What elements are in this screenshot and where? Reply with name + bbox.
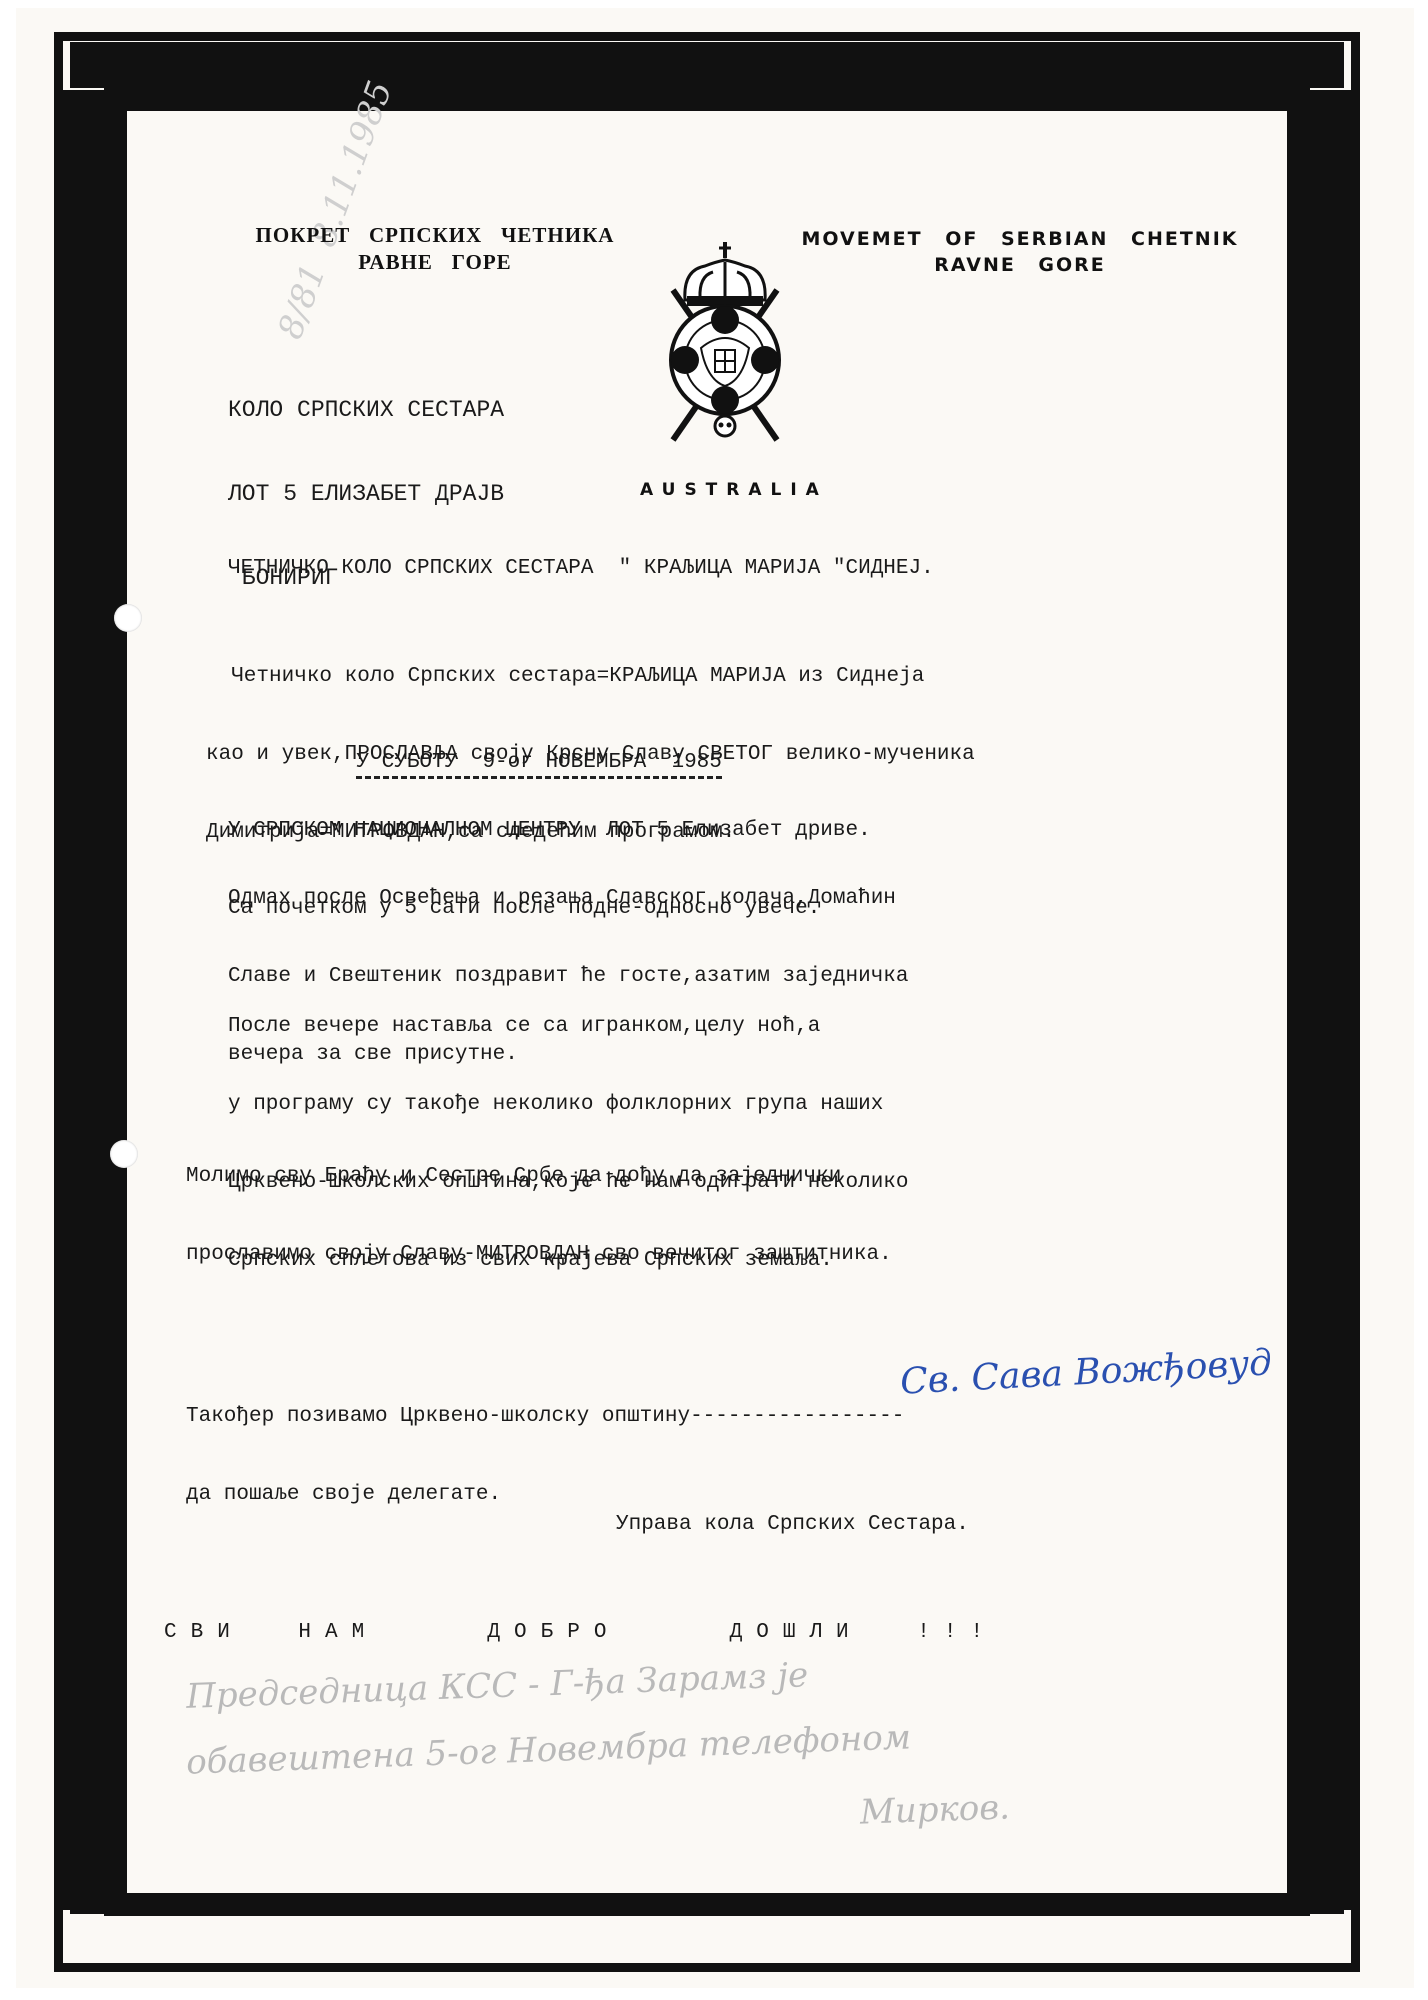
welcome-line: СВИ НАМ ДОБРО ДОШЛИ !!! (164, 1620, 997, 1646)
appeal-line: Молимо сву Браћу и Сестре Србе да дођу д… (186, 1164, 892, 1190)
invite-line: да пошаље своје делегате. (186, 1482, 904, 1508)
document-content: 8/81 8.11.1985 ПОКРЕТ СРПСКИХ ЧЕТНИКА РА… (0, 0, 1428, 2000)
after-dinner-line: После вечере наставља се са игранком,цел… (228, 1014, 909, 1040)
handwritten-parish-name: Св. Сава Вожђовуд (899, 1342, 1273, 1402)
country-label: AUSTRALIA (640, 480, 828, 500)
intro-line: Четничко коло Српских сестара=КРАЉИЦА МА… (206, 664, 975, 690)
address-line2: ЛОТ 5 ЕЛИЗАБЕТ ДРАЈВ (228, 480, 504, 508)
chetnik-emblem-icon (655, 240, 795, 450)
header-cyrillic: ПОКРЕТ СРПСКИХ ЧЕТНИКА РАВНЕ ГОРЕ (210, 222, 660, 276)
header-latin-line2: RAVNE GORE (790, 252, 1250, 278)
invite-line: Такођер позивамо Црквено-школску општину… (186, 1404, 904, 1430)
address-line1: КОЛО СРПСКИХ СЕСТАРА (228, 396, 504, 424)
signoff: Управа кола Српских Сестара. (616, 1512, 969, 1538)
pencil-note-line1: Председница КСС - Г-ђа Зарамз је (185, 1655, 808, 1717)
header-latin: MOVEMET OF SERBIAN CHETNIK RAVNE GORE (790, 226, 1250, 278)
header-cyrillic-line2: РАВНЕ ГОРЕ (210, 249, 660, 276)
header-latin-line1: MOVEMET OF SERBIAN CHETNIK (790, 226, 1250, 252)
pencil-note-line3: Мирков. (859, 1787, 1010, 1832)
document-title: ЧЕТНИЧКО КОЛО СРПСКИХ СЕСТАРА " КРАЉИЦА … (228, 556, 934, 582)
pencil-date-annotation: 8/81 8.11.1985 (270, 76, 400, 344)
address-block: КОЛО СРПСКИХ СЕСТАРА ЛОТ 5 ЕЛИЗАБЕТ ДРАЈ… (228, 340, 504, 648)
pencil-note-line2: обавештена 5-ог Новембра телефоном (186, 1717, 912, 1782)
header-cyrillic-line1: ПОКРЕТ СРПСКИХ ЧЕТНИКА (210, 222, 660, 249)
appeal-line: прославимо своју Славу-МИТРОВДАН сво веч… (186, 1242, 892, 1268)
appeal-paragraph: Молимо сву Браћу и Сестре Србе да дођу д… (186, 1112, 892, 1320)
program-line: Одмах после Освећења и резања Славског к… (228, 886, 909, 912)
